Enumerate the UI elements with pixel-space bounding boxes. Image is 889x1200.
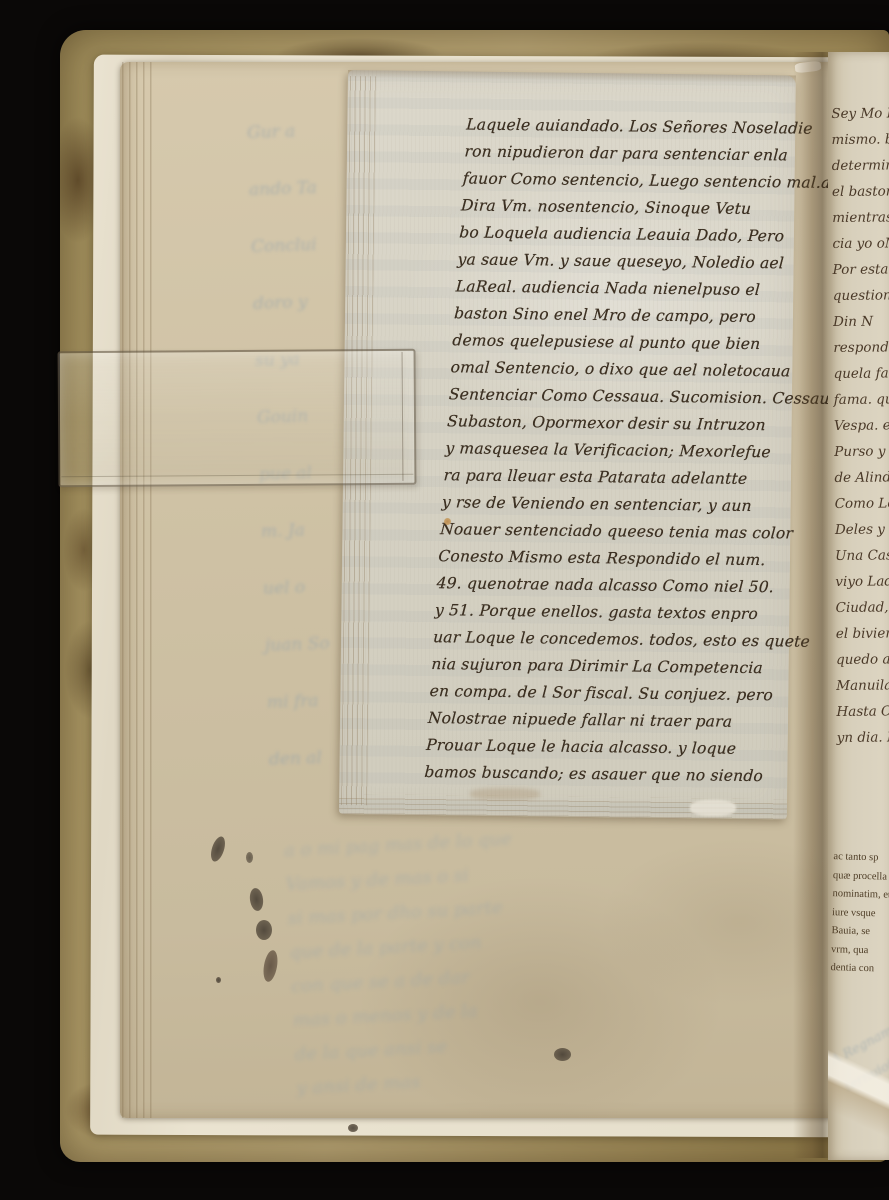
handwritten-fragment: viyo Lad: [835, 567, 889, 595]
handwritten-fragment: determina co: [832, 151, 889, 179]
manuscript-line: 49. quenotrae nada alcasso Como niel 50.: [436, 570, 780, 601]
manuscript-line: ya saue Vm. y saue queseyo, Noledio ael: [457, 246, 801, 277]
manuscript-line: omal Sentencio, o dixo que ael noletocau…: [450, 354, 794, 385]
manuscript-line: y masquesea la Verificacion; Mexorlefue: [445, 435, 789, 466]
manuscript-line: bamos buscando; es asauer que no siendo: [424, 759, 768, 790]
stain-mark: [554, 1048, 571, 1061]
handwritten-fragment: Como Lo p: [835, 489, 889, 517]
manuscript-line: ra para lleuar esta Patarata adelantte: [443, 462, 787, 493]
manuscript-line: Noauer sentenciado queeso tenia mas colo…: [439, 516, 783, 547]
manuscript-line: Sentenciar Como Cessaua. Sucomision. Ces…: [448, 381, 792, 412]
manuscript-line: fauor Como sentencio, Luego sentencio ma…: [462, 165, 806, 196]
manuscript-line: Dira Vm. nosentencio, Sinoque Vetu: [460, 192, 804, 223]
handwritten-fragment: Sey Mo Pud: [831, 99, 889, 127]
handwritten-fragment: Por estar S: [833, 255, 889, 283]
handwritten-fragment: Manuila S: [836, 671, 889, 699]
glass-strip: [58, 349, 417, 487]
stain-mark: [256, 920, 272, 940]
manuscript-line: en compa. de l Sor fiscal. Su conjuez. p…: [429, 678, 773, 709]
stain-mark: [246, 852, 253, 863]
manuscript-text-block: Laquele auiandado. Los Señores Noseladie…: [424, 111, 810, 790]
manuscript-line: LaReal. audiencia Nada nienelpuso el: [455, 273, 799, 304]
stain-mark: [444, 518, 451, 525]
handwritten-fragment: Purso y N: [834, 437, 889, 465]
handwritten-fragment: responde quer: [833, 333, 889, 361]
handwritten-fragment: Vespa. el q: [834, 411, 889, 439]
manuscript-line: nia sujuron para Dirimir La Competencia: [431, 651, 775, 682]
handwritten-fragment: Ciudad, a: [835, 593, 889, 621]
manuscript-line: baston Sino enel Mro de campo, pero: [453, 300, 797, 331]
manuscript-line: demos quelepusiese al punto que bien: [451, 327, 795, 358]
handwritten-fragment: quedo ante f: [836, 645, 889, 673]
handwritten-fragment: fama. que y: [834, 385, 889, 413]
handwritten-fragment: de Alindar: [834, 463, 889, 491]
manuscript-scan-photo: Gur aando TaConcluidoro ysu yaGouinpue a…: [0, 0, 889, 1200]
glass-strip-edge: [61, 474, 413, 479]
stain-mark: [470, 788, 540, 800]
manuscript-line: ron nipudieron dar para sentenciar enla: [464, 138, 808, 169]
facing-page-partial: Sey Mo Pudmismo. bien odetermina coel ba…: [828, 52, 889, 1160]
handwritten-fragment: yn dia. D. J: [837, 723, 889, 751]
handwritten-fragment: Deles y: [835, 515, 889, 543]
handwritten-fragment: mientras bien: [832, 203, 889, 231]
printed-fragment: dentia con: [830, 959, 889, 981]
handwritten-fragment: Din N: [833, 307, 889, 335]
bleedthrough-text-lower: a o mi pag mas de lo queVamos y de mas o…: [283, 806, 836, 1106]
handwritten-fragment: Una Casa: [835, 541, 889, 569]
manuscript-line: bo Loquela audiencia Leauia Dado, Pero: [458, 219, 802, 250]
manuscript-line: Nolostrae nipuede fallar ni traer para: [427, 705, 771, 736]
paper-tear: [690, 800, 736, 816]
handwritten-fragment: el bivieno: [836, 619, 889, 647]
facing-page-handwriting: Sey Mo Pudmismo. bien odetermina coel ba…: [831, 99, 889, 751]
manuscript-line: y 51. Porque enellos. gasta textos enpro: [434, 597, 778, 628]
page-fold-highlight: [828, 1010, 889, 1160]
handwritten-fragment: quela fama. S: [833, 359, 889, 387]
handwritten-fragment: Hasta Comp: [836, 697, 889, 725]
manuscript-line: Laquele auiandado. Los Señores Noseladie: [465, 111, 809, 142]
facing-page-printed-text: ac tanto spquæ procellanominatim, etiaiu…: [830, 848, 889, 981]
manuscript-line: uar Loque le concedemos. todos, esto es …: [432, 624, 776, 655]
handwritten-fragment: cia yo oM: [832, 229, 889, 257]
stain-mark: [216, 977, 221, 983]
manuscript-line: Prouar Loque le hacia alcasso. y loque: [425, 732, 769, 763]
manuscript-line: y rse de Veniendo en sentenciar, y aun: [441, 489, 785, 520]
stain-mark: [348, 1124, 358, 1132]
manuscript-line: Conesto Mismo esta Respondido el num.: [438, 543, 782, 574]
glass-strip-edge: [402, 352, 407, 481]
handwritten-fragment: mismo. bien o: [831, 125, 889, 153]
manuscript-line: Subaston, Opormexor desir su Intruzon: [446, 408, 790, 439]
handwritten-fragment: questionas f: [833, 281, 889, 309]
page-edge-creases: [122, 62, 152, 1118]
handwritten-fragment: el baston, Pue: [832, 177, 889, 205]
